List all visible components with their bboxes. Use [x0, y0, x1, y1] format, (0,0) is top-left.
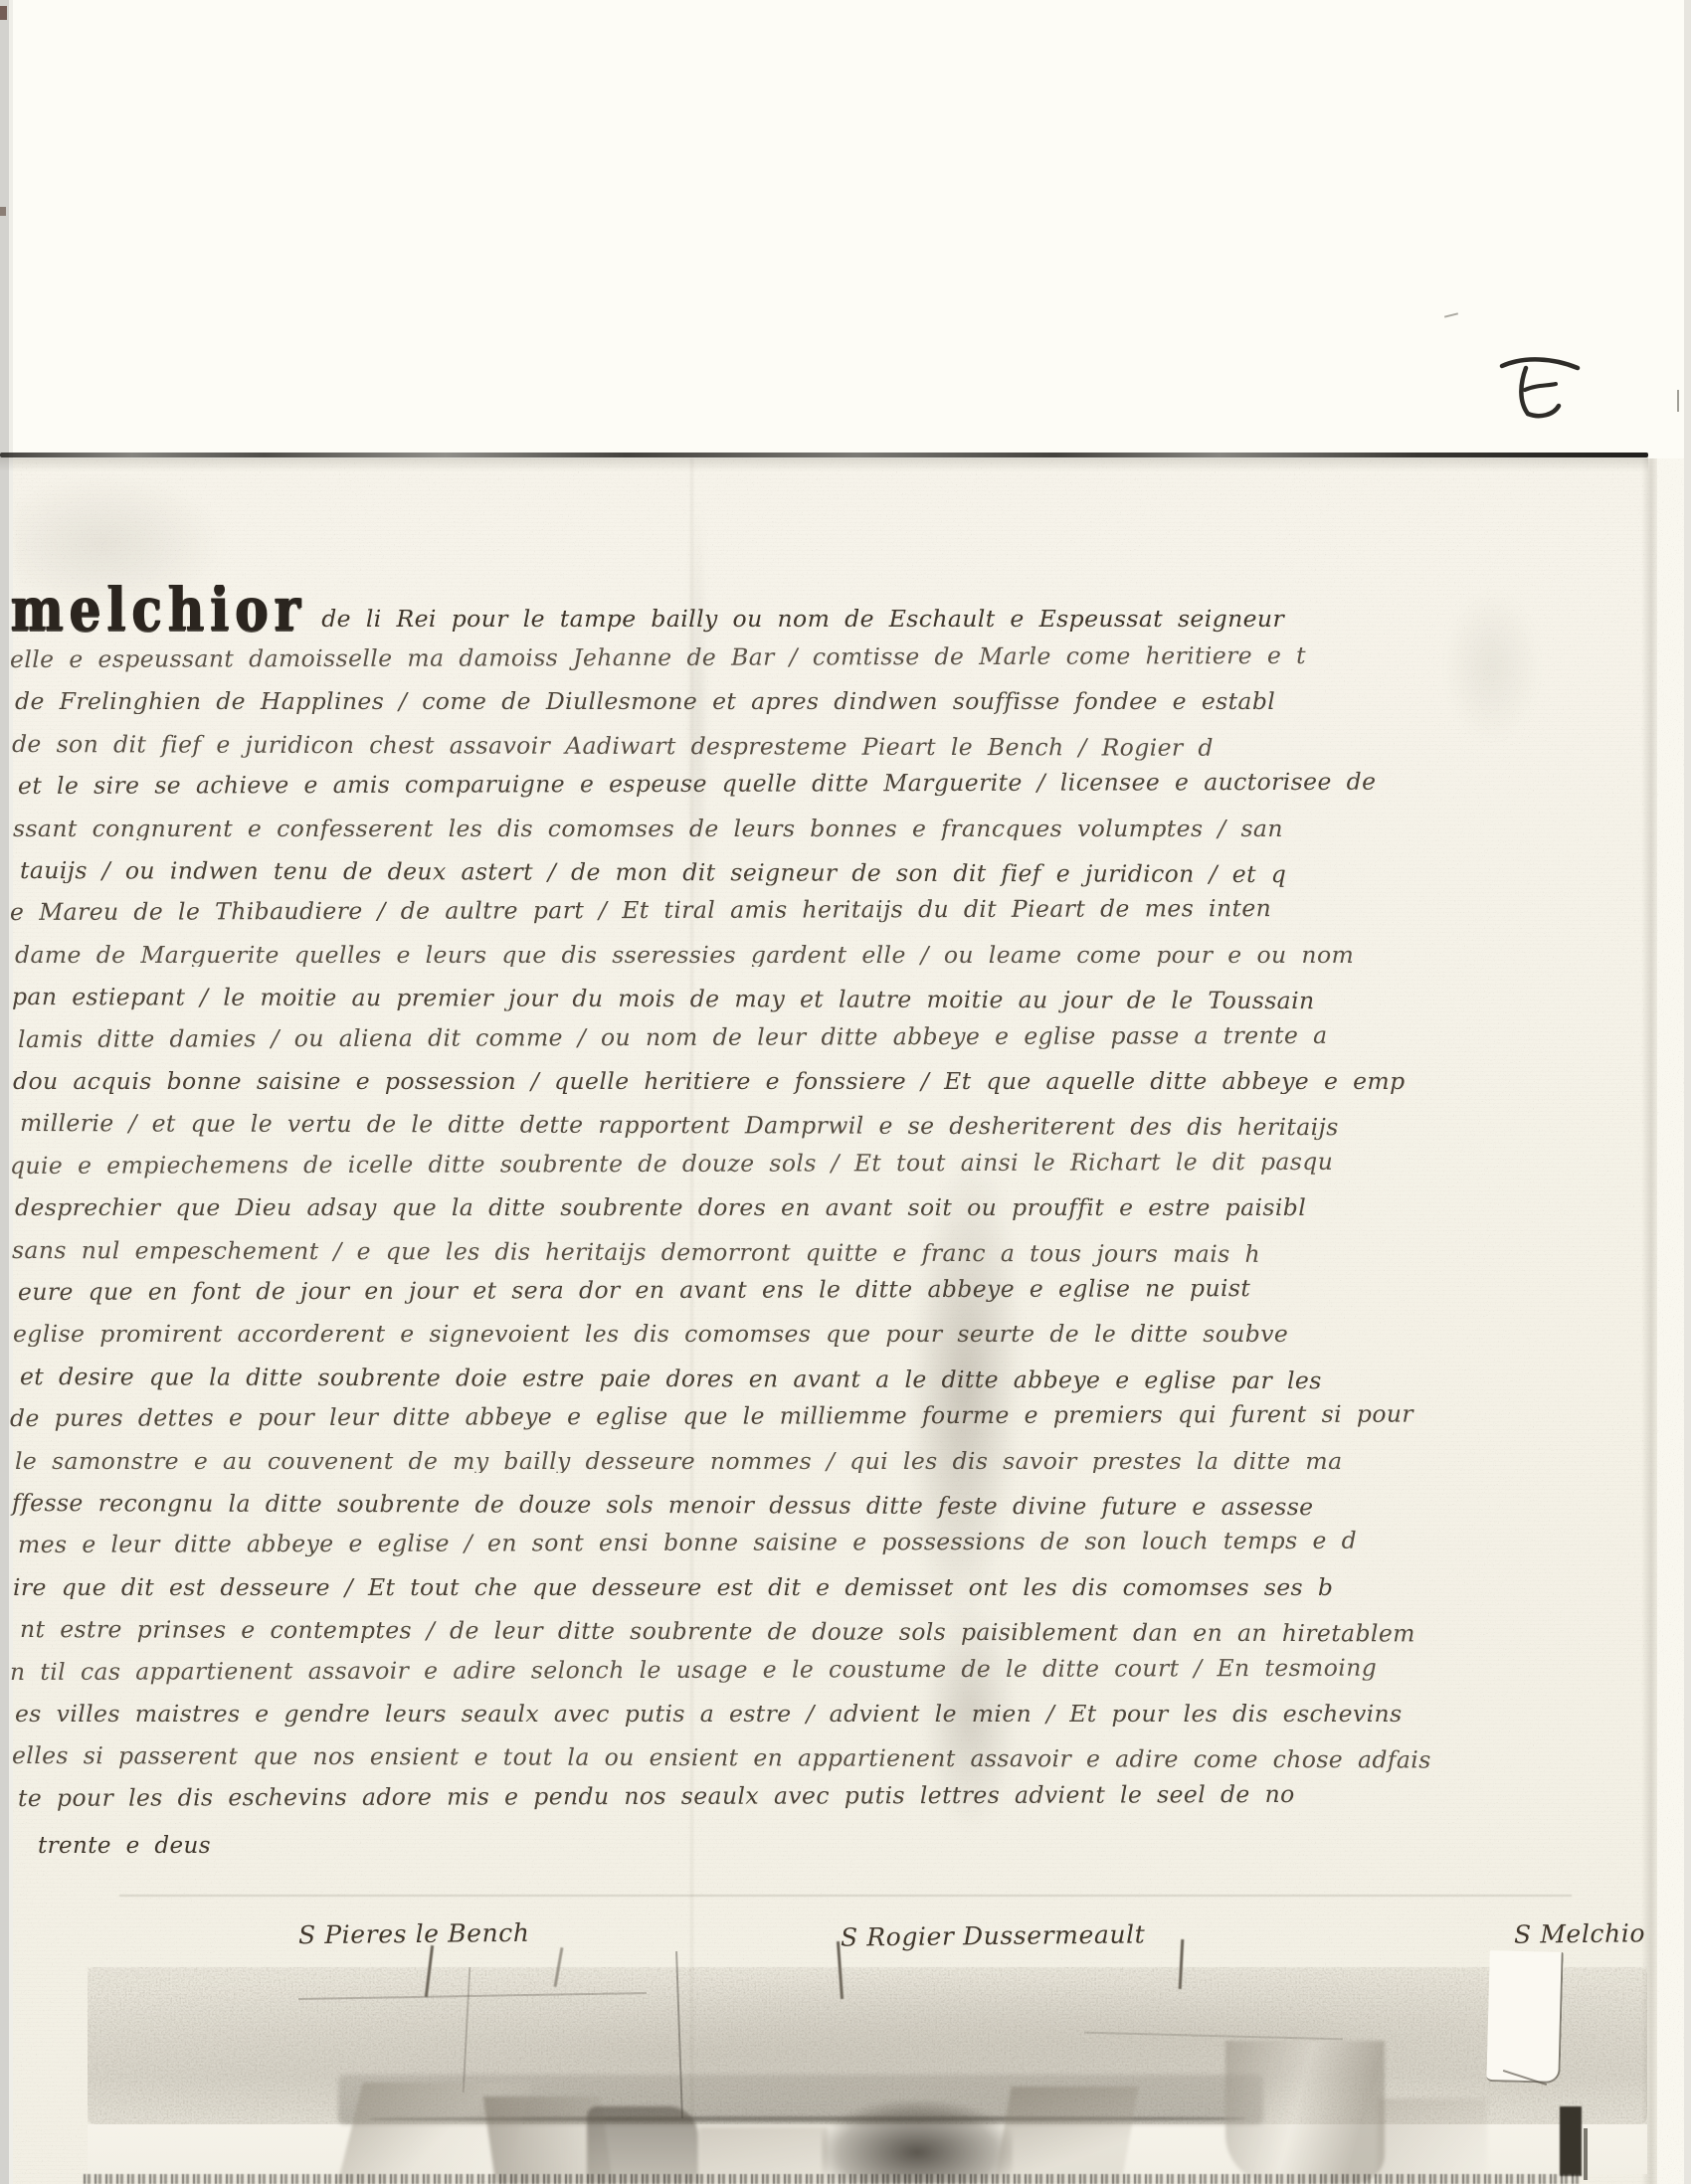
opening-line: melchior de li Rei pour le tampe bailly …: [10, 585, 1657, 635]
left-edge-mark: [0, 6, 7, 20]
incipit-word: melchior: [10, 585, 305, 635]
text-line-28: elles si passerent que nos ensient e tou…: [10, 1744, 1657, 1773]
scanner-right-edge: [1684, 0, 1691, 2184]
text-line-4: de son dit fief e juridicon chest assavo…: [10, 733, 1657, 762]
text-line-15: desprechier que Dieu adsay que la ditte …: [10, 1196, 1657, 1220]
text-line-20: de pures dettes e pour leur ditte abbeye…: [10, 1402, 1657, 1431]
text-line-12: dou acquis bonne saisine e possession / …: [10, 1070, 1657, 1094]
text-line-5: et le sire se achieve e amis comparuigne…: [10, 770, 1657, 799]
scanned-charter-page: E melchior de li Rei pour le tampe baill…: [0, 0, 1691, 2184]
dark-seal-mark-2: [1584, 2128, 1588, 2180]
manuscript-text-block: melchior de li Rei pour le tampe bailly …: [10, 0, 1657, 2184]
repair-patch: [1486, 1950, 1563, 2084]
signature-left: S Pieres le Bench: [298, 1918, 530, 1949]
text-line-11: lamis ditte damies / ou aliena dit comme…: [10, 1022, 1657, 1051]
text-line-19: et desire que la ditte soubrente doie es…: [10, 1365, 1657, 1394]
text-line-8: e Mareu de le Thibaudiere / de aultre pa…: [10, 896, 1657, 925]
opening-line-text: de li Rei pour le tampe bailly ou nom de…: [321, 608, 1284, 632]
text-line-21: le samonstre e au couvenent de my bailly…: [10, 1450, 1657, 1474]
text-line-10: pan estiepant / le moitie au premier jou…: [10, 986, 1657, 1014]
right-margin-strip: [1657, 458, 1684, 2184]
right-edge-dash: [1677, 390, 1679, 412]
left-edge-mark-2: [0, 207, 6, 216]
text-line-29: te pour les dis eschevins adore mis e pe…: [10, 1781, 1657, 1810]
text-line-9: dame de Marguerite quelles e leurs que d…: [10, 944, 1657, 968]
scanner-left-edge: [0, 0, 9, 2184]
text-line-22: ffesse recongnu la ditte soubrente de do…: [10, 1492, 1657, 1521]
text-line-23: mes e leur ditte abbeye e eglise / en so…: [10, 1529, 1657, 1557]
bottom-light-strip: [88, 2124, 1647, 2174]
parchment-bottom-edge: [370, 2116, 1245, 2121]
text-line-27: es villes maistres e gendre leurs seaulx…: [10, 1703, 1657, 1727]
text-line-26: n til cas appartienent assavoir e adire …: [10, 1655, 1657, 1684]
signature-right: S Melchio: [1514, 1918, 1645, 1948]
text-line-18: eglise promirent accorderent e signevoie…: [10, 1323, 1657, 1347]
text-line-14: quie e empiechemens de icelle ditte soub…: [10, 1149, 1657, 1178]
text-line-16: sans nul empeschement / e que les dis he…: [10, 1239, 1657, 1268]
text-line-2: elle e espeussant damoisselle ma damoiss…: [10, 643, 1657, 672]
text-line-25: nt estre prinses e contemptes / de leur …: [10, 1618, 1657, 1647]
text-line-17: eure que en font de jour en jour et sera…: [10, 1276, 1657, 1305]
closing-line: trente e deus: [10, 1835, 1657, 1858]
signature-middle: S Rogier Dussermeault: [841, 1919, 1146, 1951]
text-line-13: millerie / et que le vertu de le ditte d…: [10, 1112, 1657, 1141]
text-line-3: de Frelinghien de Happlines / come de Di…: [10, 690, 1657, 714]
text-line-7: tauijs / ou indwen tenu de deux astert /…: [10, 859, 1657, 888]
text-line-6: ssant congnurent e confesserent les dis …: [10, 818, 1657, 841]
dark-seal-mark: [1560, 2106, 1582, 2176]
scanner-streak-band: [84, 2174, 1580, 2184]
text-line-24: ire que dit est desseure / Et tout che q…: [10, 1576, 1657, 1600]
